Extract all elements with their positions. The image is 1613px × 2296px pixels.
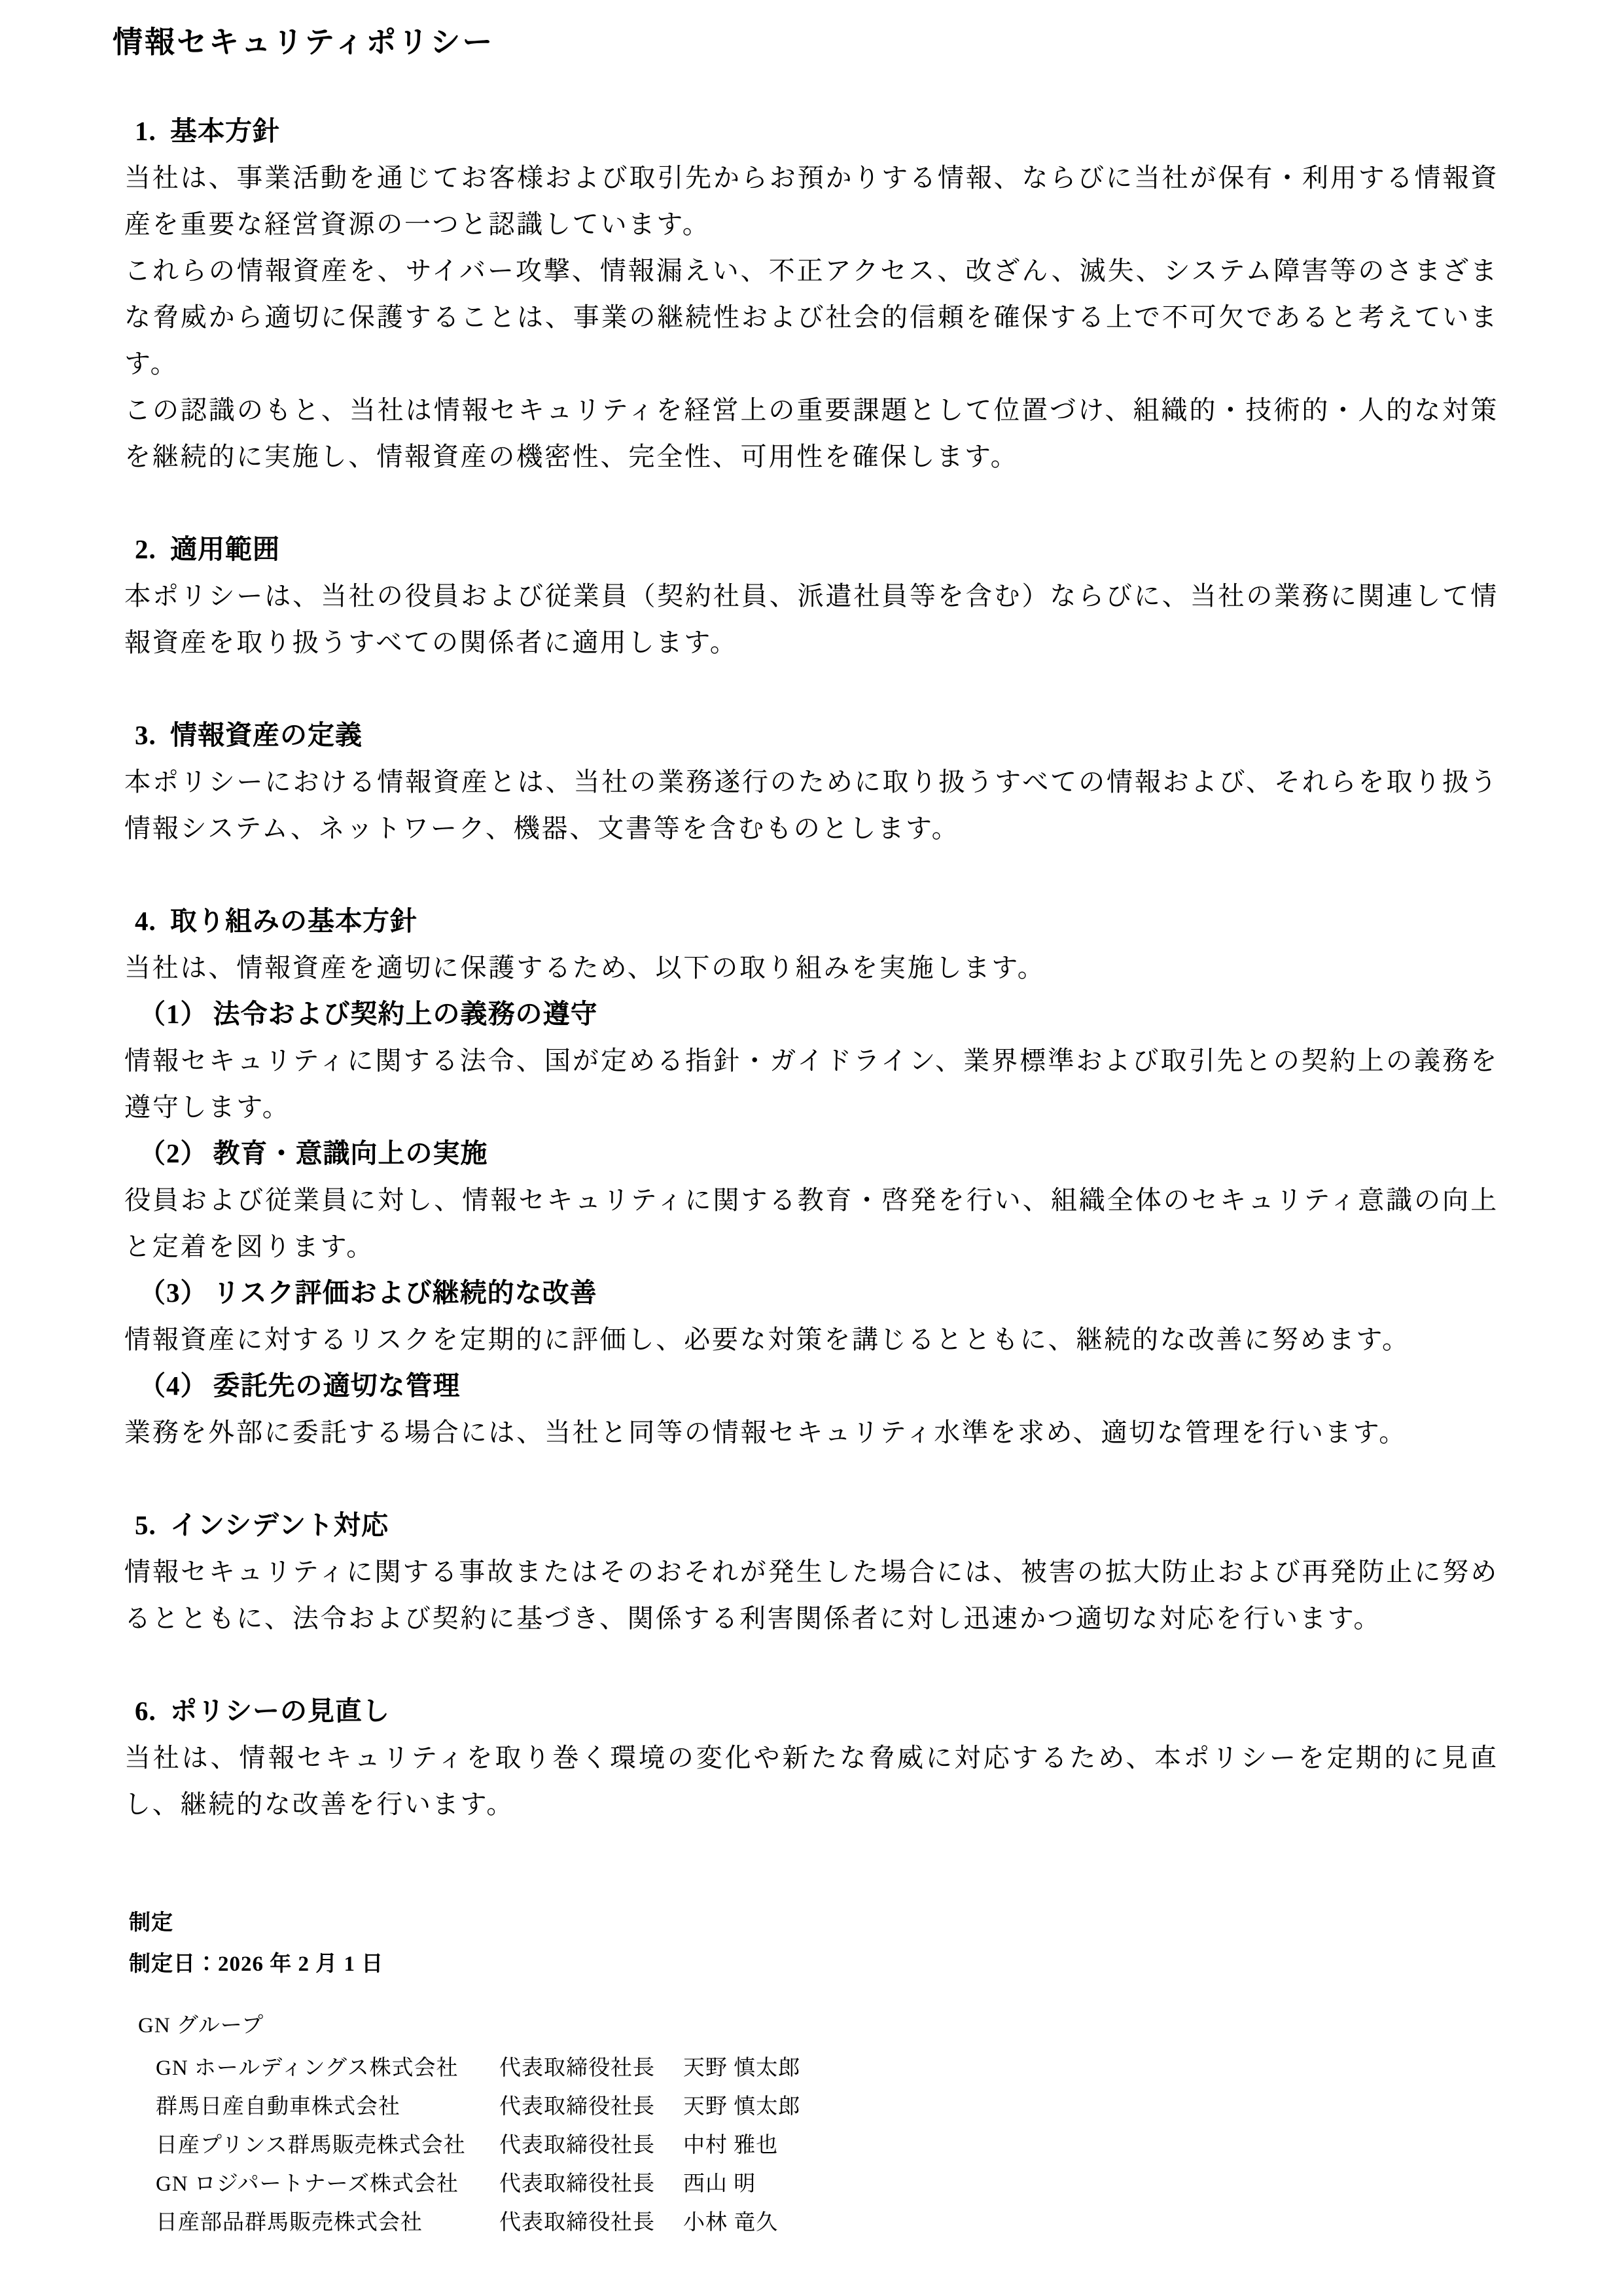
company-name: 日産プリンス群馬販売株式会社	[156, 2126, 499, 2165]
paragraph: 当社は、事業活動を通じてお客様および取引先からお預かりする情報、ならびに当社が保…	[124, 154, 1498, 247]
representative-role: 代表取締役社長	[499, 2126, 683, 2165]
section-scope: 2.適用範囲 本ポリシーは、当社の役員および従業員（契約社員、派遣社員等を含む）…	[124, 526, 1498, 666]
section-asset-definition: 3.情報資産の定義 本ポリシーにおける情報資産とは、当社の業務遂行のために取り扱…	[124, 712, 1498, 852]
paragraph: 情報資産に対するリスクを定期的に評価し、必要な対策を講じるとともに、継続的な改善…	[124, 1316, 1498, 1363]
company-name: 日産部品群馬販売株式会社	[156, 2204, 499, 2242]
policy-document-page: 情報セキュリティポリシー 1.基本方針 当社は、事業活動を通じてお客様および取引…	[0, 0, 1613, 2296]
representative-role: 代表取締役社長	[499, 2165, 683, 2204]
section-basic-policy: 1.基本方針 当社は、事業活動を通じてお客様および取引先からお預かりする情報、な…	[124, 108, 1498, 480]
company-table: GN ホールディングス株式会社 代表取締役社長 天野 慎太郎 群馬日産自動車株式…	[156, 2049, 1498, 2242]
representative-name: 天野 慎太郎	[683, 2049, 1498, 2088]
section-policy-review: 6.ポリシーの見直し 当社は、情報セキュリティを取り巻く環境の変化や新たな脅威に…	[124, 1688, 1498, 1827]
subsection-number: （1）	[139, 999, 208, 1029]
paragraph: 当社は、情報資産を適切に保護するため、以下の取り組みを実施します。	[124, 944, 1498, 991]
section-heading: 4.取り組みの基本方針	[135, 898, 1498, 944]
section-title: ポリシーの見直し	[170, 1696, 390, 1726]
section-title: 基本方針	[170, 116, 280, 146]
section-title: 取り組みの基本方針	[170, 906, 417, 936]
paragraph: 業務を外部に委託する場合には、当社と同等の情報セキュリティ水準を求め、適切な管理…	[124, 1409, 1498, 1456]
paragraph: 本ポリシーは、当社の役員および従業員（契約社員、派遣社員等を含む）ならびに、当社…	[124, 573, 1498, 666]
subsection-title: リスク評価および継続的な改善	[213, 1278, 597, 1308]
representative-role: 代表取締役社長	[499, 2049, 683, 2088]
subsection-number: （2）	[139, 1138, 208, 1168]
paragraph: 本ポリシーにおける情報資産とは、当社の業務遂行のために取り扱うすべての情報および…	[124, 759, 1498, 852]
subsection-number: （4）	[139, 1371, 208, 1401]
company-name: 群馬日産自動車株式会社	[156, 2088, 499, 2126]
company-name: GN ホールディングス株式会社	[156, 2049, 499, 2088]
table-row: 日産部品群馬販売株式会社 代表取締役社長 小林 竜久	[156, 2204, 1498, 2242]
enactment-label: 制定	[129, 1903, 1498, 1944]
paragraph: この認識のもと、当社は情報セキュリティを経営上の重要課題として位置づけ、組織的・…	[124, 387, 1498, 480]
section-title: 情報資産の定義	[170, 720, 363, 750]
subsection-heading-vendor-management: （4）委託先の適切な管理	[139, 1363, 1498, 1409]
representative-name: 中村 雅也	[683, 2126, 1498, 2165]
representative-role: 代表取締役社長	[499, 2204, 683, 2242]
section-incident-response: 5.インシデント対応 情報セキュリティに関する事故またはそのおそれが発生した場合…	[124, 1502, 1498, 1641]
subsection-heading-risk-assessment: （3）リスク評価および継続的な改善	[139, 1270, 1498, 1316]
section-heading: 5.インシデント対応	[135, 1502, 1498, 1549]
document-title: 情報セキュリティポリシー	[113, 24, 1498, 62]
company-name: GN ロジパートナーズ株式会社	[156, 2165, 499, 2204]
section-number: 6.	[135, 1688, 170, 1734]
enactment-block: 制定 制定日：2026 年 2 月 1 日	[124, 1903, 1498, 1985]
table-row: GN ホールディングス株式会社 代表取締役社長 天野 慎太郎	[156, 2049, 1498, 2088]
section-title: インシデント対応	[170, 1510, 389, 1540]
section-heading: 2.適用範囲	[135, 526, 1498, 573]
section-initiatives: 4.取り組みの基本方針 当社は、情報資産を適切に保護するため、以下の取り組みを実…	[124, 898, 1498, 1456]
representative-name: 小林 竜久	[683, 2204, 1498, 2242]
subsection-heading-legal-compliance: （1）法令および契約上の義務の遵守	[139, 991, 1498, 1037]
subsection-title: 法令および契約上の義務の遵守	[213, 999, 598, 1029]
section-number: 2.	[135, 526, 170, 573]
section-number: 1.	[135, 108, 170, 154]
section-number: 5.	[135, 1502, 170, 1549]
section-heading: 6.ポリシーの見直し	[135, 1688, 1498, 1734]
representative-name: 天野 慎太郎	[683, 2088, 1498, 2126]
paragraph: これらの情報資産を、サイバー攻撃、情報漏えい、不正アクセス、改ざん、滅失、システ…	[124, 247, 1498, 387]
paragraph: 役員および従業員に対し、情報セキュリティに関する教育・啓発を行い、組織全体のセキ…	[124, 1177, 1498, 1270]
table-row: GN ロジパートナーズ株式会社 代表取締役社長 西山 明	[156, 2165, 1498, 2204]
subsection-heading-education: （2）教育・意識向上の実施	[139, 1130, 1498, 1177]
subsection-title: 教育・意識向上の実施	[213, 1138, 488, 1168]
section-number: 4.	[135, 898, 170, 944]
enactment-date: 制定日：2026 年 2 月 1 日	[129, 1944, 1498, 1985]
section-heading: 1.基本方針	[135, 108, 1498, 154]
group-name: GN グループ	[138, 2005, 1498, 2047]
table-row: 日産プリンス群馬販売株式会社 代表取締役社長 中村 雅也	[156, 2126, 1498, 2165]
representative-role: 代表取締役社長	[499, 2088, 683, 2126]
paragraph: 当社は、情報セキュリティを取り巻く環境の変化や新たな脅威に対応するため、本ポリシ…	[124, 1734, 1498, 1827]
section-heading: 3.情報資産の定義	[135, 712, 1498, 759]
paragraph: 情報セキュリティに関する法令、国が定める指針・ガイドライン、業界標準および取引先…	[124, 1037, 1498, 1130]
group-signature-block: GN グループ GN ホールディングス株式会社 代表取締役社長 天野 慎太郎 群…	[124, 2005, 1498, 2242]
paragraph: 情報セキュリティに関する事故またはそのおそれが発生した場合には、被害の拡大防止お…	[124, 1549, 1498, 1641]
subsection-title: 委託先の適切な管理	[213, 1371, 461, 1401]
representative-name: 西山 明	[683, 2165, 1498, 2204]
section-number: 3.	[135, 712, 170, 759]
table-row: 群馬日産自動車株式会社 代表取締役社長 天野 慎太郎	[156, 2088, 1498, 2126]
section-title: 適用範囲	[170, 534, 280, 564]
subsection-number: （3）	[139, 1278, 208, 1308]
